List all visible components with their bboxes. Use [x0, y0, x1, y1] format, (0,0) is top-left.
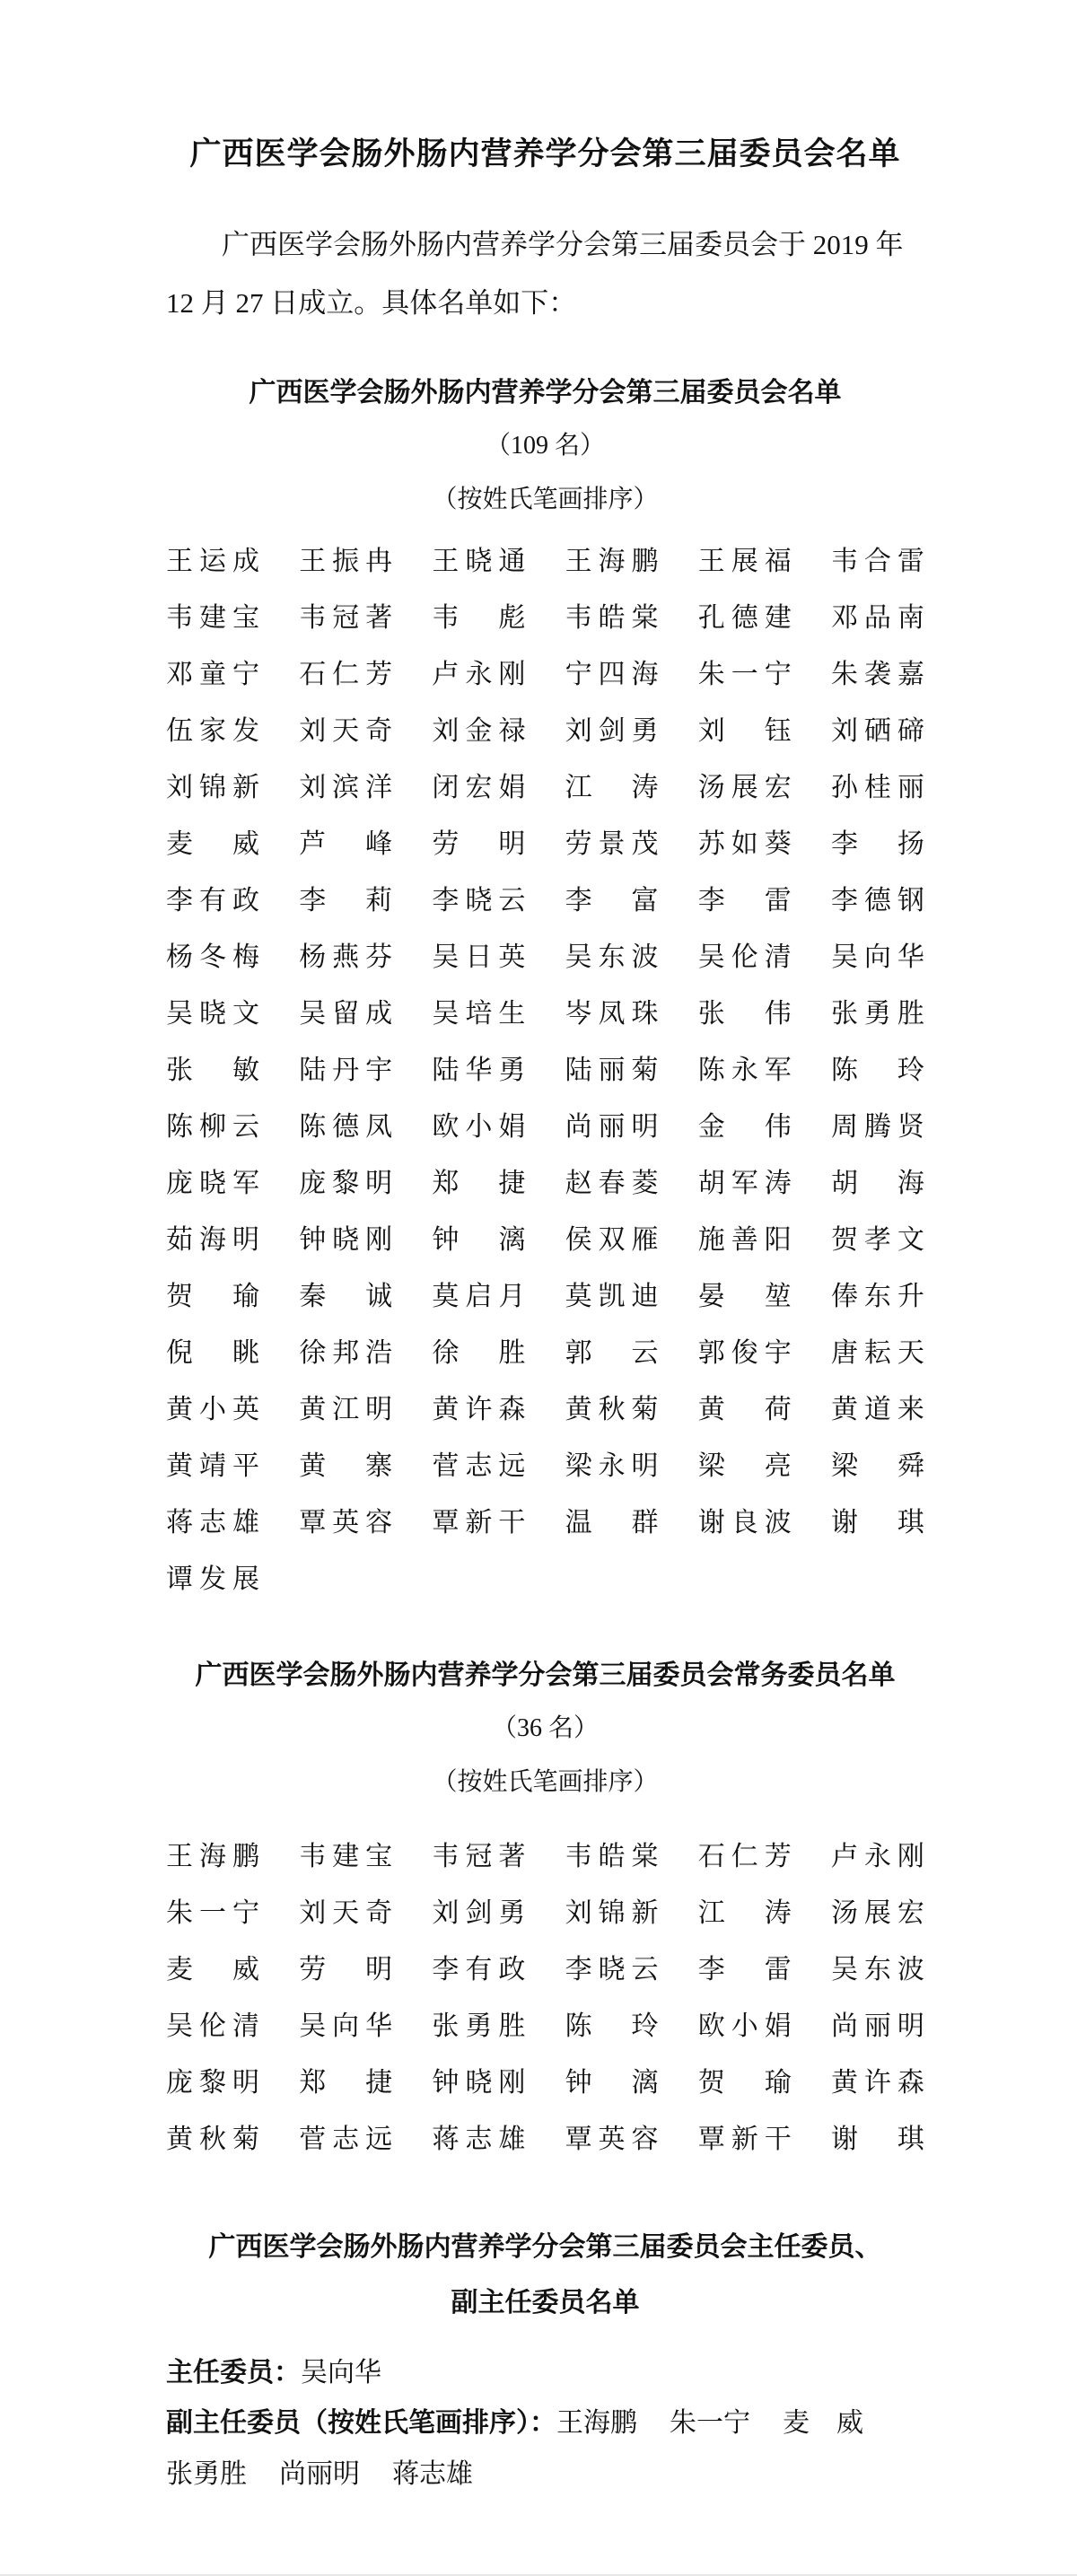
member-name: 汤展宏: [831, 1890, 924, 1930]
member-name: 黄秋菊: [166, 2116, 259, 2156]
member-name: 庞黎明: [166, 2060, 259, 2099]
vice-chairs-line-1: 副主任委员（按姓氏笔画排序）：王海鹏朱一宁麦 威: [166, 2396, 924, 2451]
member-name: 金 伟: [698, 1104, 792, 1143]
member-name: 陆丽菊: [565, 1047, 659, 1087]
chair-line: 主任委员：吴向华: [166, 2351, 924, 2396]
member-name: 徐 胜: [432, 1330, 525, 1370]
member-name: 吴向华: [299, 2003, 392, 2043]
member-name: 莫启月: [432, 1274, 525, 1313]
standing-committee-count: （36 名）: [166, 1712, 924, 1746]
member-row: 王运成 王振冉 王晓通 王海鹏 王展福 韦合雷: [166, 530, 924, 586]
member-name: 江 涛: [565, 765, 659, 804]
chairs-heading-line-1: 广西医学会肠外肠内营养学分会第三届委员会主任委员、: [166, 2220, 924, 2275]
member-name: 庞黎明: [299, 1161, 392, 1200]
member-name: 朱一宁: [166, 1890, 259, 1930]
member-name: 胡军涛: [698, 1161, 792, 1200]
section-chairs: 广西医学会肠外肠内营养学分会第三届委员会主任委员、 副主任委员名单 主任委员：吴…: [166, 2220, 924, 2498]
member-name: 郭俊宇: [698, 1330, 792, 1370]
member-name: 尚丽明: [831, 2003, 924, 2043]
member-name: 陈柳云: [166, 1104, 259, 1143]
full-committee-sort-note: （按姓氏笔画排序）: [166, 483, 924, 517]
member-name: 李德钢: [831, 878, 924, 917]
member-name: 谢 琪: [831, 2116, 924, 2156]
member-name: 梁永明: [565, 1443, 659, 1483]
member-name: 韦冠著: [432, 1834, 525, 1873]
member-name: 韦皓棠: [565, 1834, 659, 1873]
member-name: 麦 威: [166, 1947, 259, 1986]
member-name: 刘滨洋: [299, 765, 392, 804]
member-name: 韦建宝: [166, 595, 259, 635]
member-name: 王海鹏: [565, 539, 659, 578]
member-row: 麦 威 芦 峰 劳 明 劳景茂 苏如葵 李 扬: [166, 812, 924, 869]
member-name: 李 雷: [698, 1947, 792, 1986]
member-name: 韦合雷: [831, 539, 924, 578]
member-name: 孙桂丽: [831, 765, 924, 804]
member-name: 吴晓文: [166, 991, 259, 1030]
vice-chair-name: 王海鹏: [556, 2396, 637, 2451]
intro-line-2: 12 月 27 日成立。具体名单如下：: [166, 274, 924, 332]
vice-chairs-names-1: 王海鹏朱一宁麦 威: [556, 2408, 863, 2438]
vice-chair-name: 尚丽明: [279, 2451, 360, 2498]
member-name: 贺孝文: [831, 1217, 924, 1257]
full-committee-count: （109 名）: [166, 429, 924, 463]
member-name: 陆华勇: [432, 1047, 525, 1087]
member-name: 贺 瑜: [698, 2060, 792, 2099]
member-name: 胡 海: [831, 1161, 924, 1200]
member-row: 谭发展: [166, 1547, 924, 1604]
member-name: 梁 舜: [831, 1443, 924, 1483]
member-name: 朱一宁: [698, 652, 792, 691]
member-row: 黄秋菊 菅志远 蒋志雄 覃英容 覃新干 谢 琪: [166, 2107, 924, 2164]
member-name: 孔德建: [698, 595, 792, 635]
member-name: 黄许森: [831, 2060, 924, 2099]
chair-name: 吴向华: [301, 2358, 381, 2388]
member-name: 吴向华: [831, 934, 924, 974]
member-row: 王海鹏 韦建宝 韦冠著 韦皓棠 石仁芳 卢永刚: [166, 1825, 924, 1881]
member-name: 汤展宏: [698, 765, 792, 804]
member-row: 吴晓文 吴留成 吴培生 岑凤珠 张 伟 张勇胜: [166, 982, 924, 1038]
member-name: 李 富: [565, 878, 659, 917]
member-row: 庞黎明 郑 捷 钟晓刚 钟 漓 贺 瑜 黄许森: [166, 2051, 924, 2107]
intro-line-1: 广西医学会肠外肠内营养学分会第三届委员会于 2019 年: [166, 215, 924, 274]
member-name: 郑 捷: [299, 2060, 392, 2099]
member-name: 黄江明: [299, 1387, 392, 1426]
member-name: 欧小娟: [698, 2003, 792, 2043]
member-name: 吴留成: [299, 991, 392, 1030]
member-name: 黄 荷: [698, 1387, 792, 1426]
member-name: 莫凯迪: [565, 1274, 659, 1313]
member-name: 李晓云: [565, 1947, 659, 1986]
member-name: 石仁芳: [698, 1834, 792, 1873]
document-page: 广西医学会肠外肠内营养学分会第三届委员会名单 广西医学会肠外肠内营养学分会第三届…: [0, 0, 1077, 2576]
member-name: 韦皓棠: [565, 595, 659, 635]
vice-chairs-label: 副主任委员（按姓氏笔画排序）：: [166, 2408, 556, 2438]
member-name: 侯双雁: [565, 1217, 659, 1257]
standing-committee-sort-note: （按姓氏笔画排序）: [166, 1766, 924, 1800]
member-row: 贺 瑜 秦 诚 莫启月 莫凯迪 晏 堃 俸东升: [166, 1265, 924, 1321]
member-name: 秦 诚: [299, 1274, 392, 1313]
member-name: 石仁芳: [299, 652, 392, 691]
document-title: 广西医学会肠外肠内营养学分会第三届委员会名单: [166, 135, 924, 174]
member-name: 菅志远: [299, 2116, 392, 2156]
vice-chair-name: 麦 威: [783, 2396, 863, 2451]
member-row: 陈柳云 陈德凤 欧小娟 尚丽明 金 伟 周腾贤: [166, 1095, 924, 1152]
member-name: 江 涛: [698, 1890, 792, 1930]
member-name: 钟晓刚: [432, 2060, 525, 2099]
member-name: 张勇胜: [831, 991, 924, 1030]
member-name: 刘天奇: [299, 708, 392, 748]
member-name: 赵春菱: [565, 1161, 659, 1200]
member-name: 俸东升: [831, 1274, 924, 1313]
member-row: 麦 威 劳 明 李有政 李晓云 李 雷 吴东波: [166, 1938, 924, 1994]
member-name: 茹海明: [166, 1217, 259, 1257]
vice-chairs-names-2: 张勇胜尚丽明蒋志雄: [166, 2459, 473, 2489]
member-name: 谢 琪: [831, 1500, 924, 1539]
standing-committee-name-grid: 王海鹏 韦建宝 韦冠著 韦皓棠 石仁芳 卢永刚 朱一: [166, 1825, 924, 2164]
section-standing-committee: 广西医学会肠外肠内营养学分会第三届委员会常务委员名单 （36 名） （按姓氏笔画…: [166, 1658, 924, 2164]
member-name: 吴日英: [432, 934, 525, 974]
member-name: 岑凤珠: [565, 991, 659, 1030]
member-name: 施善阳: [698, 1217, 792, 1257]
member-name: 张 伟: [698, 991, 792, 1030]
standing-committee-heading: 广西医学会肠外肠内营养学分会第三届委员会常务委员名单: [166, 1658, 924, 1694]
member-name: 覃英容: [565, 2116, 659, 2156]
member-name: 王晓通: [432, 539, 525, 578]
member-name: 张勇胜: [432, 2003, 525, 2043]
member-name: 贺 瑜: [166, 1274, 259, 1313]
member-name: 黄道来: [831, 1387, 924, 1426]
member-name: 覃新干: [432, 1500, 525, 1539]
member-name: 郑 捷: [432, 1161, 525, 1200]
member-name: 刘锦新: [166, 765, 259, 804]
member-name: 谭发展: [166, 1556, 259, 1596]
member-name: 吴伦清: [698, 934, 792, 974]
member-name: 吴东波: [831, 1947, 924, 1986]
member-name: 李晓云: [432, 878, 525, 917]
member-name: 劳 明: [299, 1947, 392, 1986]
vice-chair-name: 朱一宁: [670, 2396, 750, 2451]
member-name: 吴东波: [565, 934, 659, 974]
member-name: 杨燕芬: [299, 934, 392, 974]
member-name: 菅志远: [432, 1443, 525, 1483]
member-name: 郭 云: [565, 1330, 659, 1370]
member-name: 刘 钰: [698, 708, 792, 748]
member-row: 蒋志雄 覃英容 覃新干 温 群 谢良波 谢 琪: [166, 1491, 924, 1547]
member-name: 刘剑勇: [565, 708, 659, 748]
chair-label: 主任委员：: [166, 2358, 301, 2388]
member-row: 倪 眺 徐邦浩 徐 胜 郭 云 郭俊宇 唐耘天: [166, 1321, 924, 1378]
member-name: 周腾贤: [831, 1104, 924, 1143]
member-name: 蒋志雄: [166, 1500, 259, 1539]
member-name: 闭宏娟: [432, 765, 525, 804]
member-name: 黄许森: [432, 1387, 525, 1426]
member-row: 韦建宝 韦冠著 韦 彪 韦皓棠 孔德建 邓品南: [166, 586, 924, 643]
member-row: 黄小英 黄江明 黄许森 黄秋菊 黄 荷 黄道来: [166, 1378, 924, 1434]
member-name: 陈 玲: [831, 1047, 924, 1087]
member-row: 黄靖平 黄 寨 菅志远 梁永明 梁 亮 梁 舜: [166, 1434, 924, 1491]
member-name: 倪 眺: [166, 1330, 259, 1370]
member-name: 谢良波: [698, 1500, 792, 1539]
member-row: 邓童宁 石仁芳 卢永刚 宁四海 朱一宁 朱袭嘉: [166, 643, 924, 699]
vice-chair-name: 蒋志雄: [392, 2451, 473, 2498]
member-name: 覃英容: [299, 1500, 392, 1539]
member-name: 芦 峰: [299, 821, 392, 861]
member-name: 钟 漓: [432, 1217, 525, 1257]
member-row: 杨冬梅 杨燕芬 吴日英 吴东波 吴伦清 吴向华: [166, 925, 924, 982]
chairs-heading: 广西医学会肠外肠内营养学分会第三届委员会主任委员、 副主任委员名单: [166, 2220, 924, 2331]
member-name: 伍家发: [166, 708, 259, 748]
member-name: 杨冬梅: [166, 934, 259, 974]
member-name: 朱袭嘉: [831, 652, 924, 691]
member-name: 苏如葵: [698, 821, 792, 861]
member-name: 黄秋菊: [565, 1387, 659, 1426]
member-name: 李有政: [432, 1947, 525, 1986]
member-name: 王展福: [698, 539, 792, 578]
member-name: 陆丹宇: [299, 1047, 392, 1087]
member-name: 唐耘天: [831, 1330, 924, 1370]
member-row: 朱一宁 刘天奇 刘剑勇 刘锦新 江 涛 汤展宏: [166, 1881, 924, 1938]
member-row: 张 敏 陆丹宇 陆华勇 陆丽菊 陈永军 陈 玲: [166, 1038, 924, 1095]
member-name: 刘金禄: [432, 708, 525, 748]
member-row: 刘锦新 刘滨洋 闭宏娟 江 涛 汤展宏 孙桂丽: [166, 756, 924, 812]
member-name: 温 群: [565, 1500, 659, 1539]
member-name: 王运成: [166, 539, 259, 578]
member-row: 吴伦清 吴向华 张勇胜 陈 玲 欧小娟 尚丽明: [166, 1994, 924, 2051]
member-name: 吴伦清: [166, 2003, 259, 2043]
member-row: 伍家发 刘天奇 刘金禄 刘剑勇 刘 钰 刘硒碲: [166, 699, 924, 756]
member-name: 李 雷: [698, 878, 792, 917]
member-name: 李 莉: [299, 878, 392, 917]
member-name: 钟晓刚: [299, 1217, 392, 1257]
member-name: 晏 堃: [698, 1274, 792, 1313]
section-full-committee: 广西医学会肠外肠内营养学分会第三届委员会名单 （109 名） （按姓氏笔画排序）…: [166, 375, 924, 1604]
member-name: 李有政: [166, 878, 259, 917]
member-name: 麦 威: [166, 821, 259, 861]
member-name: 陈德凤: [299, 1104, 392, 1143]
member-name: 劳景茂: [565, 821, 659, 861]
full-committee-heading: 广西医学会肠外肠内营养学分会第三届委员会名单: [166, 375, 924, 411]
member-name: 黄 寨: [299, 1443, 392, 1483]
member-name: 刘剑勇: [432, 1890, 525, 1930]
member-name: 陈 玲: [565, 2003, 659, 2043]
member-name: 韦 彪: [432, 595, 525, 635]
member-name: 刘天奇: [299, 1890, 392, 1930]
vice-chairs-line-2: 张勇胜尚丽明蒋志雄: [166, 2451, 924, 2498]
member-name: 韦建宝: [299, 1834, 392, 1873]
member-name: 卢永刚: [831, 1834, 924, 1873]
member-name: 陈永军: [698, 1047, 792, 1087]
member-name: 卢永刚: [432, 652, 525, 691]
member-name: 梁 亮: [698, 1443, 792, 1483]
member-row: 李有政 李 莉 李晓云 李 富 李 雷 李德钢: [166, 869, 924, 925]
member-name: 邓童宁: [166, 652, 259, 691]
member-name: 蒋志雄: [432, 2116, 525, 2156]
member-name: 邓品南: [831, 595, 924, 635]
member-name: 黄小英: [166, 1387, 259, 1426]
member-name: 张 敏: [166, 1047, 259, 1087]
chairs-heading-line-2: 副主任委员名单: [166, 2275, 924, 2331]
member-name: 徐邦浩: [299, 1330, 392, 1370]
member-name: 庞晓军: [166, 1161, 259, 1200]
member-name: 欧小娟: [432, 1104, 525, 1143]
member-name: 劳 明: [432, 821, 525, 861]
member-name: 钟 漓: [565, 2060, 659, 2099]
member-name: 刘锦新: [565, 1890, 659, 1930]
member-row: 庞晓军 庞黎明 郑 捷 赵春菱 胡军涛 胡 海: [166, 1152, 924, 1208]
member-name: 覃新干: [698, 2116, 792, 2156]
member-name: 王海鹏: [166, 1834, 259, 1873]
member-row: 茹海明 钟晓刚 钟 漓 侯双雁 施善阳 贺孝文: [166, 1208, 924, 1265]
member-name: 韦冠著: [299, 595, 392, 635]
member-name: 王振冉: [299, 539, 392, 578]
member-name: 李 扬: [831, 821, 924, 861]
vice-chair-name: 张勇胜: [166, 2451, 247, 2498]
full-committee-name-grid: 王运成 王振冉 王晓通 王海鹏 王展福 韦合雷 韦建: [166, 530, 924, 1604]
member-name: 尚丽明: [565, 1104, 659, 1143]
intro-paragraph: 广西医学会肠外肠内营养学分会第三届委员会于 2019 年 12 月 27 日成立…: [166, 215, 924, 332]
member-name: 刘硒碲: [831, 708, 924, 748]
member-name: 吴培生: [432, 991, 525, 1030]
member-name: 黄靖平: [166, 1443, 259, 1483]
member-name: 宁四海: [565, 652, 659, 691]
